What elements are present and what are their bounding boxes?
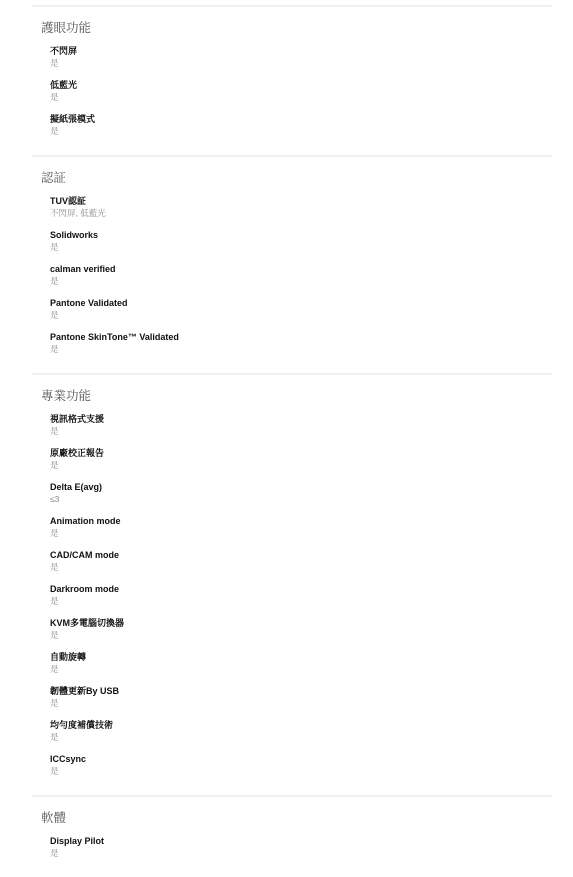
section-software: 軟體 Display Pilot 是: [32, 797, 552, 877]
section-title: 專業功能: [41, 387, 552, 405]
spec-item-darkroom-mode: Darkroom mode 是: [50, 583, 552, 617]
spec-item-iccsync: ICCsync 是: [50, 753, 552, 787]
spec-value: 是: [50, 595, 552, 607]
spec-label: 原廠校正報告: [50, 447, 552, 459]
section-title: 認証: [41, 169, 552, 187]
spec-value: 是: [50, 731, 552, 743]
spec-item-firmware-usb: 韌體更新By USB 是: [50, 685, 552, 719]
spec-item-calman: calman verified 是: [50, 263, 552, 297]
spec-label: calman verified: [50, 263, 552, 275]
section-title: 軟體: [41, 809, 552, 827]
spec-value: 是: [50, 275, 552, 287]
spec-item-kvm: KVM多電腦切換器 是: [50, 617, 552, 651]
section-certification: 認証 TUV認証 不閃屏, 低藍光 Solidworks 是 calman ve…: [32, 157, 552, 373]
spec-label: TUV認証: [50, 195, 552, 207]
spec-value: 是: [50, 697, 552, 709]
spec-label: ICCsync: [50, 753, 552, 765]
spec-label: Pantone SkinTone™ Validated: [50, 331, 552, 343]
spec-label: 低藍光: [50, 79, 552, 91]
spec-label: Pantone Validated: [50, 297, 552, 309]
spec-label: Solidworks: [50, 229, 552, 241]
spec-value: 是: [50, 765, 552, 777]
spec-item-low-blue-light: 低藍光 是: [50, 79, 552, 113]
spec-item-pantone: Pantone Validated 是: [50, 297, 552, 331]
spec-label: Darkroom mode: [50, 583, 552, 595]
spec-value: 是: [50, 663, 552, 675]
spec-label: Display Pilot: [50, 835, 552, 847]
spec-value: 是: [50, 57, 552, 69]
spec-value: 是: [50, 459, 552, 471]
spec-item-tuv: TUV認証 不閃屏, 低藍光: [50, 195, 552, 229]
spec-label: CAD/CAM mode: [50, 549, 552, 561]
spec-value: 是: [50, 425, 552, 437]
section-eye-care: 護眼功能 不閃屏 是 低藍光 是 擬紙張模式 是: [32, 7, 552, 155]
spec-label: 均勻度補償技術: [50, 719, 552, 731]
spec-label: Animation mode: [50, 515, 552, 527]
spec-label: 自動旋轉: [50, 651, 552, 663]
spec-value: 是: [50, 125, 552, 137]
spec-label: 擬紙張模式: [50, 113, 552, 125]
spec-label: 韌體更新By USB: [50, 685, 552, 697]
spec-item-uniformity: 均勻度補償技術 是: [50, 719, 552, 753]
spec-value: 是: [50, 241, 552, 253]
spec-label: 視訊格式支援: [50, 413, 552, 425]
spec-item-solidworks: Solidworks 是: [50, 229, 552, 263]
spec-item-display-pilot: Display Pilot 是: [50, 835, 552, 869]
spec-item-calibration-report: 原廠校正報告 是: [50, 447, 552, 481]
spec-item-delta-e: Delta E(avg) ≤3: [50, 481, 552, 515]
spec-value: 是: [50, 343, 552, 355]
spec-item-auto-rotate: 自動旋轉 是: [50, 651, 552, 685]
spec-value: ≤3: [50, 493, 552, 505]
spec-value: 是: [50, 527, 552, 539]
spec-list: 護眼功能 不閃屏 是 低藍光 是 擬紙張模式 是 認証 TUV認証 不閃屏, 低…: [32, 5, 552, 877]
section-professional: 專業功能 視訊格式支援 是 原廠校正報告 是 Delta E(avg) ≤3 A…: [32, 375, 552, 795]
spec-item-animation-mode: Animation mode 是: [50, 515, 552, 549]
spec-value: 是: [50, 847, 552, 859]
spec-item-video-format: 視訊格式支援 是: [50, 413, 552, 447]
spec-value: 是: [50, 629, 552, 641]
spec-value: 是: [50, 91, 552, 103]
spec-value: 不閃屏, 低藍光: [50, 207, 552, 219]
spec-value: 是: [50, 309, 552, 321]
spec-item-cad-cam-mode: CAD/CAM mode 是: [50, 549, 552, 583]
spec-value: 是: [50, 561, 552, 573]
spec-item-pantone-skintone: Pantone SkinTone™ Validated 是: [50, 331, 552, 365]
spec-label: KVM多電腦切換器: [50, 617, 552, 629]
spec-label: Delta E(avg): [50, 481, 552, 493]
spec-item-paper-mode: 擬紙張模式 是: [50, 113, 552, 147]
spec-item-flicker-free: 不閃屏 是: [50, 45, 552, 79]
spec-label: 不閃屏: [50, 45, 552, 57]
section-title: 護眼功能: [41, 19, 552, 37]
